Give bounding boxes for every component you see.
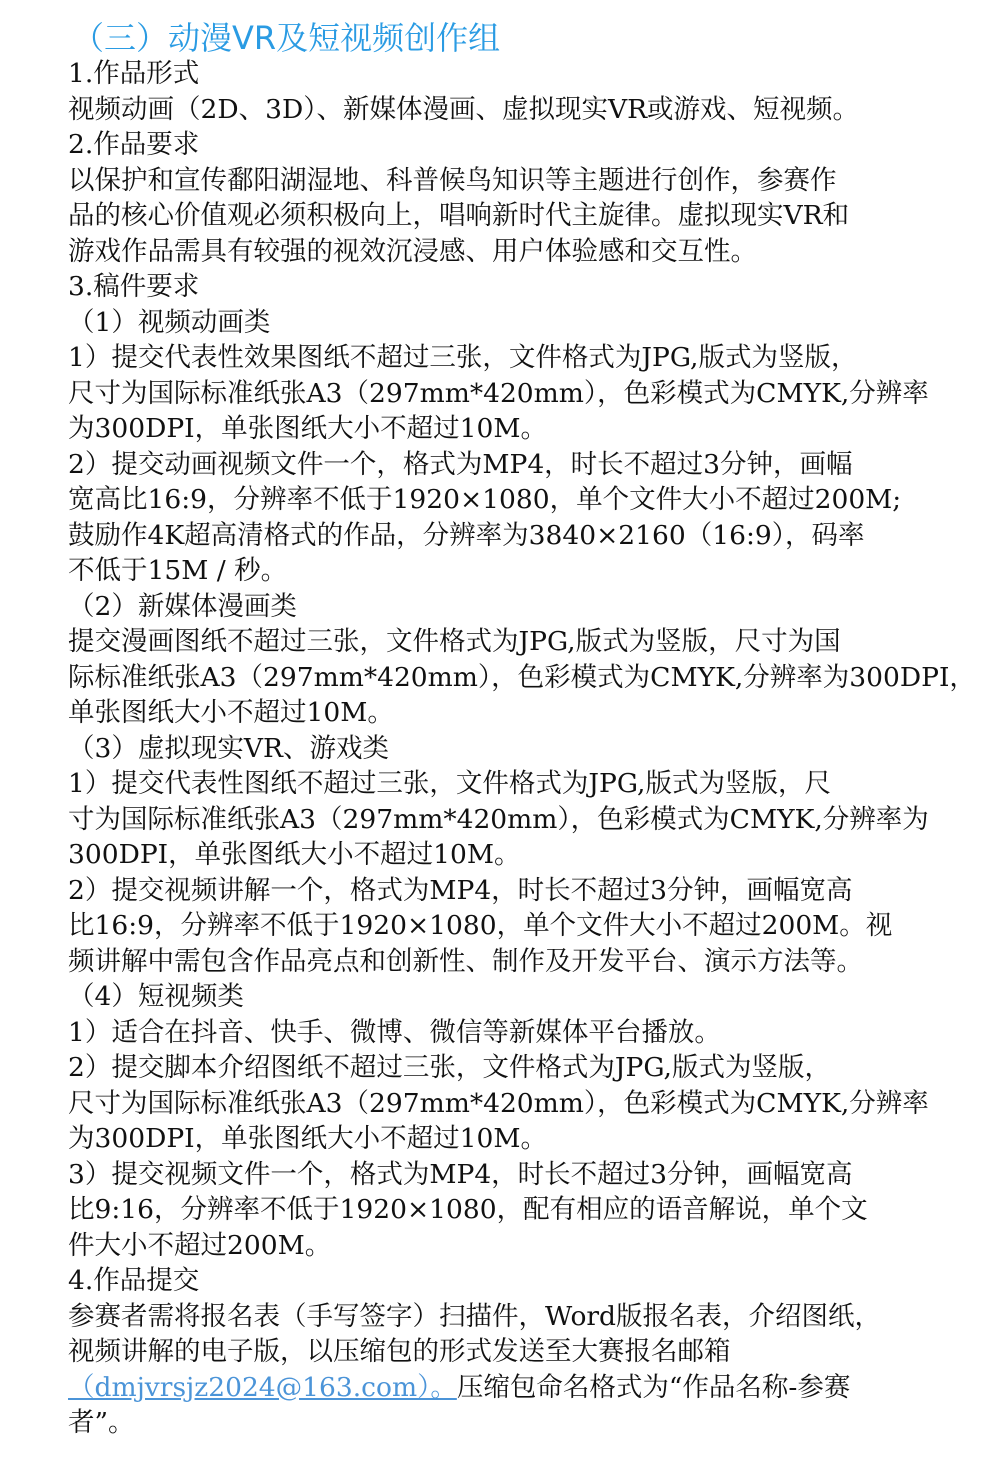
section-title: （三）动漫VR及短视频创作组: [72, 18, 948, 56]
paragraph-line: 视频动画（2D、3D）、新媒体漫画、虚拟现实VR或游戏、短视频。: [68, 92, 948, 128]
paragraph-line: 以保护和宣传鄱阳湖湿地、科普候鸟知识等主题进行创作，参赛作: [68, 163, 948, 199]
subheading-video-animation: （1）视频动画类: [68, 305, 948, 341]
paragraph-line: 1）提交代表性效果图纸不超过三张，文件格式为JPG,版式为竖版，: [68, 340, 948, 376]
paragraph-line: 2）提交视频讲解一个，格式为MP4，时长不超过3分钟，画幅宽高: [68, 873, 948, 909]
email-link[interactable]: （dmjvrsjz2024@163.com）。: [68, 1372, 457, 1403]
subheading-vr-game: （3）虚拟现实VR、游戏类: [68, 731, 948, 767]
paragraph-line: 鼓励作4K超高清格式的作品，分辨率为3840×2160（16:9），码率: [68, 518, 948, 554]
document: （三）动漫VR及短视频创作组 1.作品形式 视频动画（2D、3D）、新媒体漫画、…: [68, 18, 948, 1441]
paragraph-line: 1）提交代表性图纸不超过三张，文件格式为JPG,版式为竖版，尺: [68, 766, 948, 802]
paragraph-line: 际标准纸张A3（297mm*420mm），色彩模式为CMYK,分辨率为300DP…: [68, 660, 948, 696]
paragraph-line: 提交漫画图纸不超过三张，文件格式为JPG,版式为竖版，尺寸为国: [68, 624, 948, 660]
paragraph-line: 者”。: [68, 1405, 948, 1441]
paragraph-line: 为300DPI，单张图纸大小不超过10M。: [68, 1121, 948, 1157]
heading-work-submission: 4.作品提交: [68, 1263, 948, 1299]
paragraph-line: 3）提交视频文件一个，格式为MP4，时长不超过3分钟，画幅宽高: [68, 1157, 948, 1193]
paragraph-line: 2）提交动画视频文件一个，格式为MP4，时长不超过3分钟，画幅: [68, 447, 948, 483]
naming-format-text: 压缩包命名格式为“作品名称-参赛: [457, 1372, 851, 1403]
paragraph-line: 件大小不超过200M。: [68, 1228, 948, 1264]
paragraph-line: 游戏作品需具有较强的视效沉浸感、用户体验感和交互性。: [68, 234, 948, 270]
paragraph-line: 尺寸为国际标准纸张A3（297mm*420mm），色彩模式为CMYK,分辨率: [68, 1086, 948, 1122]
paragraph-line: 参赛者需将报名表（手写签字）扫描件，Word版报名表，介绍图纸，: [68, 1299, 948, 1335]
subheading-new-media-comic: （2）新媒体漫画类: [68, 589, 948, 625]
paragraph-line: 品的核心价值观必须积极向上，唱响新时代主旋律。虚拟现实VR和: [68, 198, 948, 234]
paragraph-line: 宽高比16:9，分辨率不低于1920×1080，单个文件大小不超过200M;: [68, 482, 948, 518]
subheading-short-video: （4）短视频类: [68, 979, 948, 1015]
paragraph-line: 比16:9，分辨率不低于1920×1080，单个文件大小不超过200M。视: [68, 908, 948, 944]
paragraph-line: 尺寸为国际标准纸张A3（297mm*420mm），色彩模式为CMYK,分辨率: [68, 376, 948, 412]
paragraph-line: 频讲解中需包含作品亮点和创新性、制作及开发平台、演示方法等。: [68, 944, 948, 980]
paragraph-line: 单张图纸大小不超过10M。: [68, 695, 948, 731]
paragraph-line: 不低于15M / 秒。: [68, 553, 948, 589]
heading-form: 1.作品形式: [68, 56, 948, 92]
paragraph-line: 300DPI，单张图纸大小不超过10M。: [68, 837, 948, 873]
paragraph-line: 1）适合在抖音、快手、微博、微信等新媒体平台播放。: [68, 1015, 948, 1051]
paragraph-line: 视频讲解的电子版，以压缩包的形式发送至大赛报名邮箱: [68, 1334, 948, 1370]
paragraph-line: 寸为国际标准纸张A3（297mm*420mm），色彩模式为CMYK,分辨率为: [68, 802, 948, 838]
paragraph-line: 比9:16，分辨率不低于1920×1080，配有相应的语音解说，单个文: [68, 1192, 948, 1228]
heading-requirements: 2.作品要求: [68, 127, 948, 163]
paragraph-line: 为300DPI，单张图纸大小不超过10M。: [68, 411, 948, 447]
paragraph-line: 2）提交脚本介绍图纸不超过三张，文件格式为JPG,版式为竖版，: [68, 1050, 948, 1086]
heading-submission-requirements: 3.稿件要求: [68, 269, 948, 305]
paragraph-line: （dmjvrsjz2024@163.com）。压缩包命名格式为“作品名称-参赛: [68, 1370, 948, 1406]
